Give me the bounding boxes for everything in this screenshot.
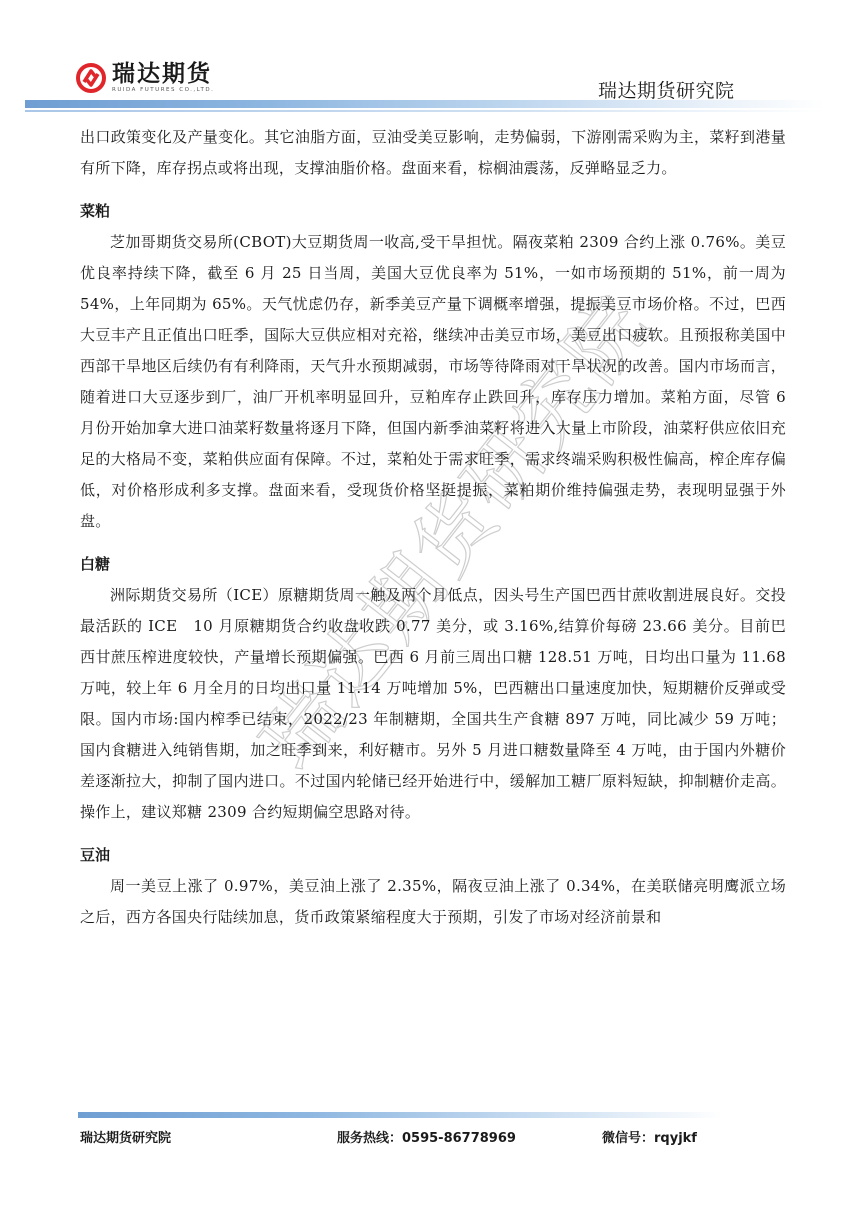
section-paragraph: 洲际期货交易所（ICE）原糖期货周一触及两个月低点，因头号生产国巴西甘蔗收割进展… (80, 580, 786, 828)
header-title: 瑞达期货研究院 (598, 76, 735, 103)
section-soybean-oil: 豆油 周一美豆上涨了 0.97%，美豆油上涨了 2.35%，隔夜豆油上涨了 0.… (80, 840, 786, 933)
ruida-logo-icon (76, 63, 106, 93)
section-paragraph: 周一美豆上涨了 0.97%，美豆油上涨了 2.35%，隔夜豆油上涨了 0.34%… (80, 871, 786, 933)
company-logo: 瑞达期货 RUIDA FUTURES CO.,LTD. (76, 60, 214, 96)
section-title: 豆油 (80, 840, 786, 871)
footer-wechat: 微信号：rqyjkf (602, 1127, 697, 1146)
logo-chinese-name: 瑞达期货 (112, 63, 214, 86)
section-white-sugar: 白糖 洲际期货交易所（ICE）原糖期货周一触及两个月低点，因头号生产国巴西甘蔗收… (80, 549, 786, 828)
footer-org-name: 瑞达期货研究院 (80, 1127, 171, 1146)
section-title: 白糖 (80, 549, 786, 580)
logo-english-name: RUIDA FUTURES CO.,LTD. (112, 88, 214, 94)
report-body: 出口政策变化及产量变化。其它油脂方面，豆油受美豆影响，走势偏弱，下游刚需采购为主… (80, 122, 786, 933)
page-header: 瑞达期货 RUIDA FUTURES CO.,LTD. 瑞达期货研究院 (0, 0, 860, 115)
section-title: 菜粕 (80, 196, 786, 227)
header-divider-bar (25, 100, 825, 108)
section-rapeseed-meal: 菜粕 芝加哥期货交易所(CBOT)大豆期货周一收高,受干旱担忧。隔夜菜粕 230… (80, 196, 786, 537)
header-divider-thin (25, 110, 825, 112)
section-paragraph: 芝加哥期货交易所(CBOT)大豆期货周一收高,受干旱担忧。隔夜菜粕 2309 合… (80, 227, 786, 537)
footer-divider-bar (78, 1112, 723, 1118)
footer-hotline: 服务热线：0595-86778969 (337, 1127, 516, 1146)
intro-paragraph: 出口政策变化及产量变化。其它油脂方面，豆油受美豆影响，走势偏弱，下游刚需采购为主… (80, 122, 786, 184)
